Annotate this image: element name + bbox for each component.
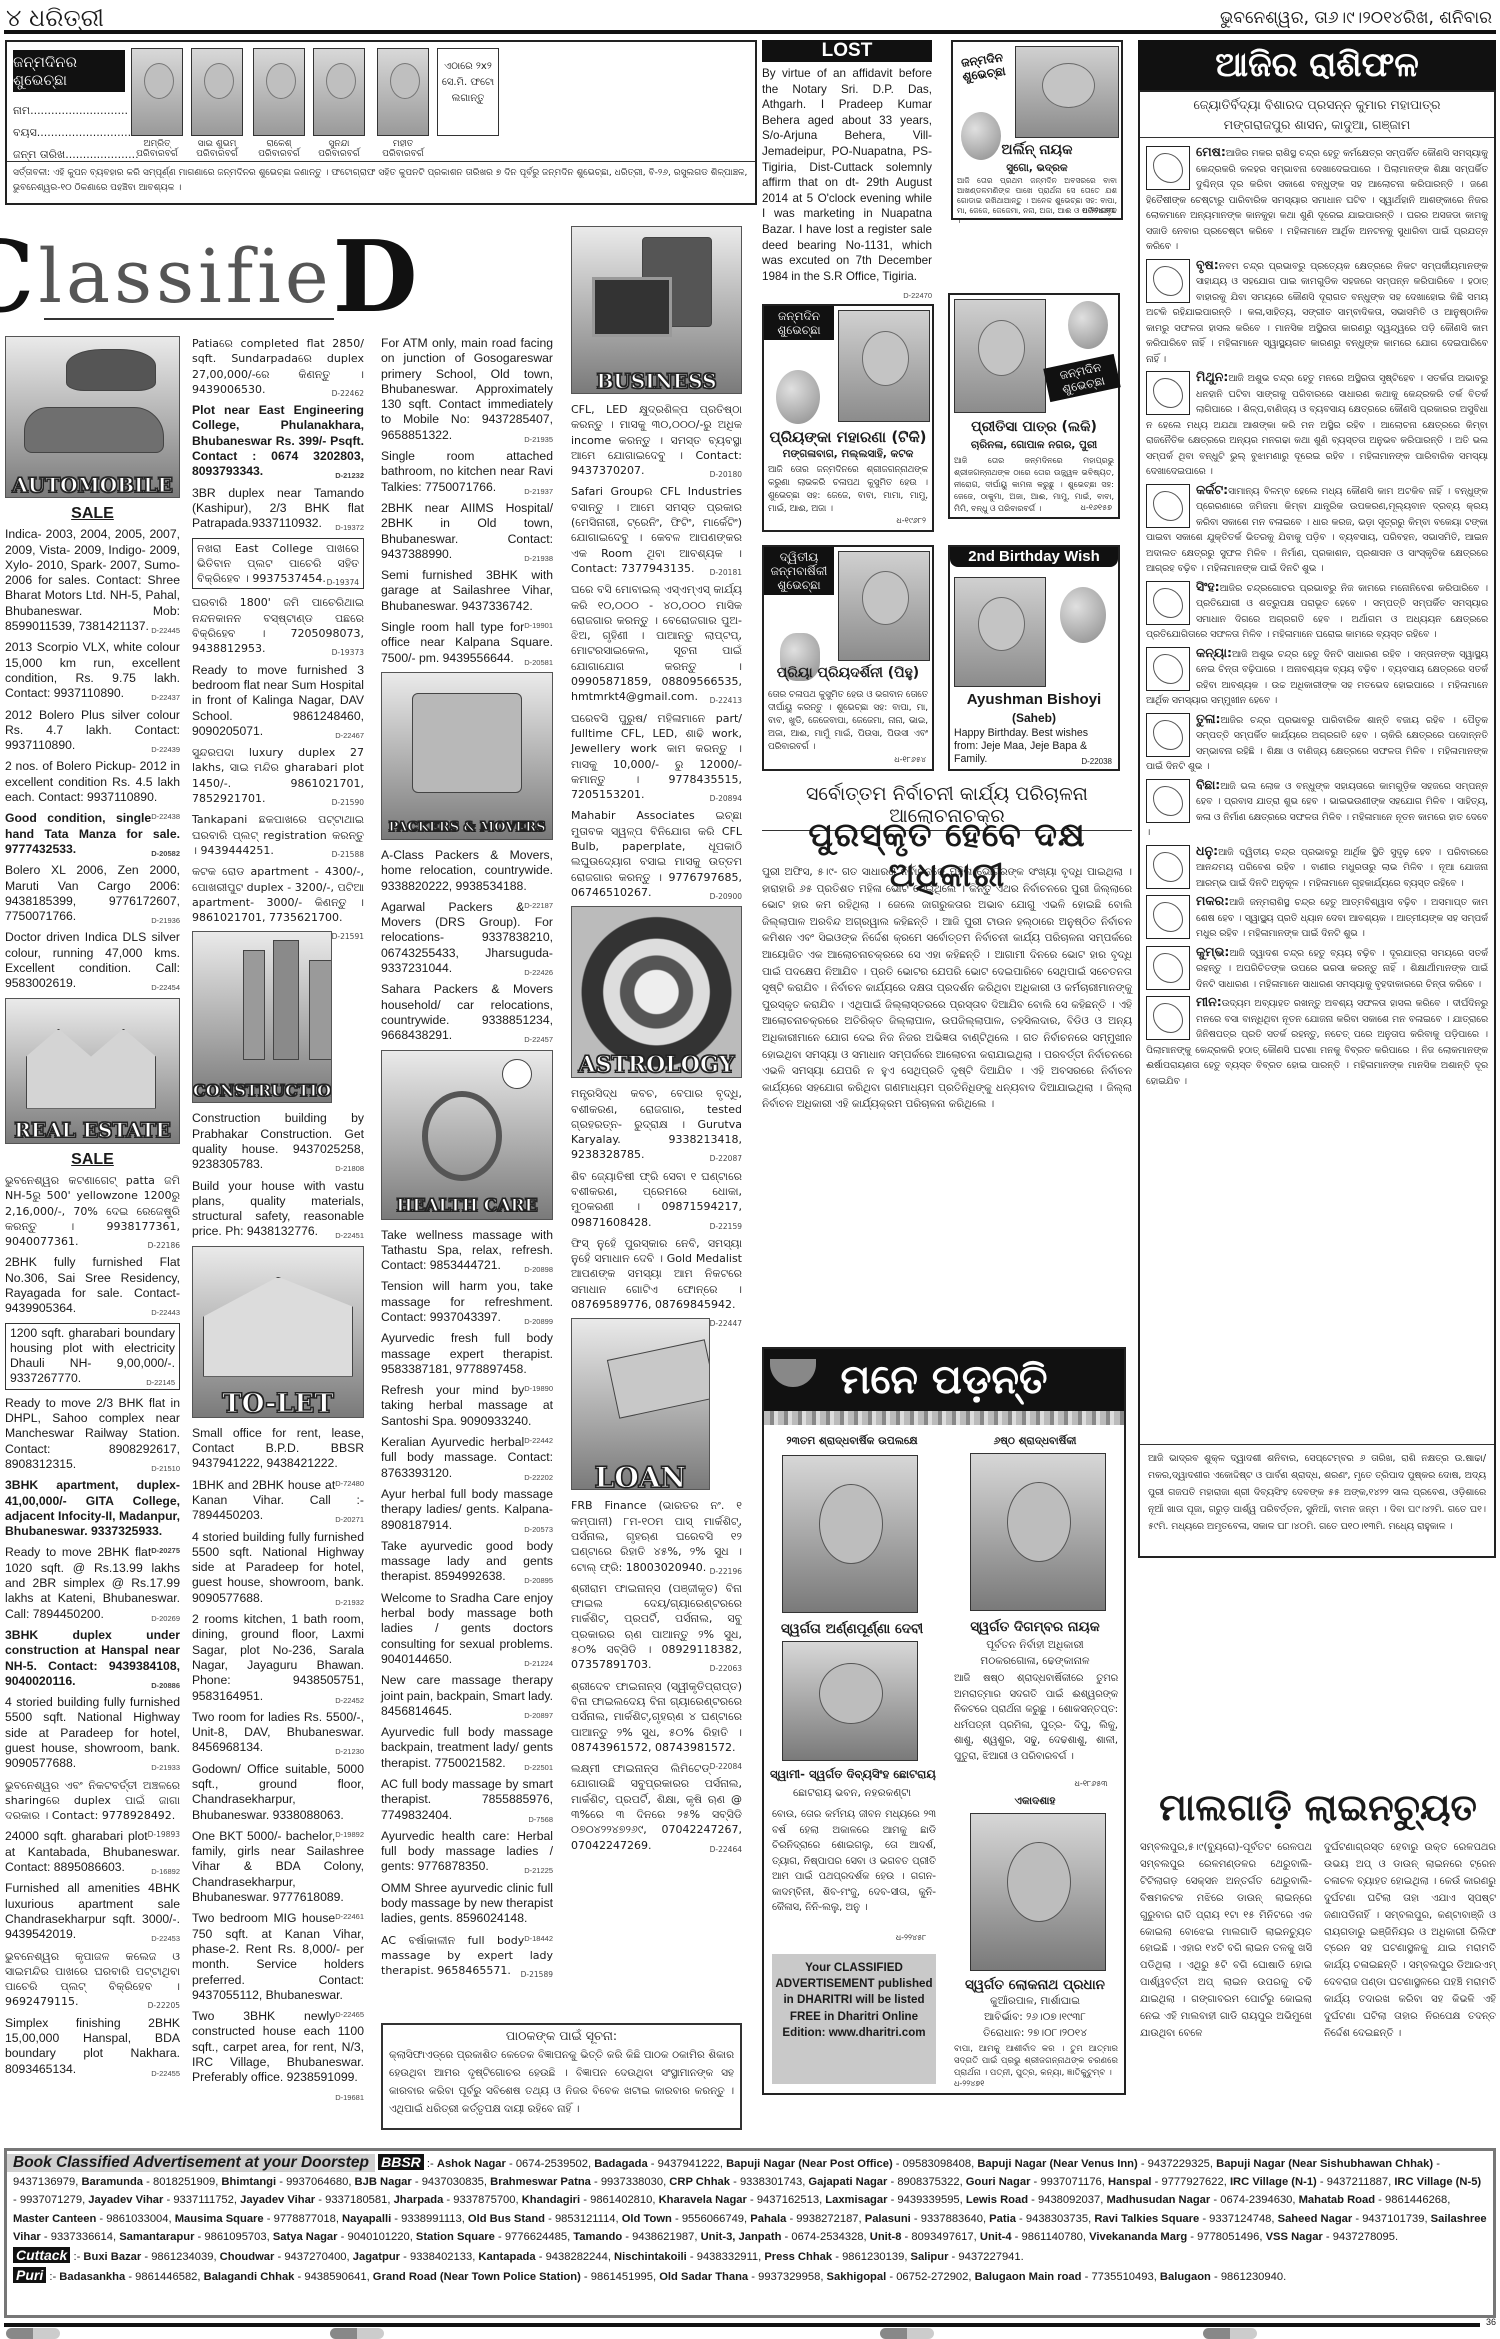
booking-phone: 9861230139 bbox=[842, 2251, 904, 2263]
kid-photo bbox=[131, 48, 183, 136]
lost-notice: By virtue of an affidavit before the Not… bbox=[762, 66, 932, 304]
memorial-name: ସ୍ୱର୍ଗତ ଲୋକନାଥ ପ୍ରଧାନ bbox=[950, 1977, 1120, 1993]
classified-ad: ଘରେ ବସି ମୋବାଇଲ୍ ଏସ୍ଏମ୍ଏସ୍ କାର୍ଯ୍ୟ କରି ୧୦… bbox=[571, 582, 742, 704]
classified-ad: Semi furnished 3BHK with garage at Saila… bbox=[381, 568, 553, 614]
ad-code: D-21933 bbox=[151, 1760, 180, 1775]
classified-ad: Patiaରେ completed flat 2850/ sqft. Sunda… bbox=[192, 336, 364, 397]
horoscope-sign: ସିଂହ:ଆଜିର ଚନ୍ଦ୍ରଗୋଚର ପ୍ରଭାବରୁ ନିଜ କାମରେ … bbox=[1146, 579, 1488, 643]
memorial-occasion: ୨୩ତମ ଶ୍ରାଦ୍ଧବାର୍ଷିକ ଉପଲକ୍ଷେ bbox=[768, 1435, 936, 1448]
ad-code: D-21510 bbox=[151, 1461, 180, 1476]
ad-code: D-22443 bbox=[151, 1305, 180, 1320]
booking-city: Puri bbox=[13, 2267, 46, 2283]
booking-location: Vivekananda Marg bbox=[1089, 2231, 1187, 2243]
kid-name: ଅମ୍ରିତ୍ bbox=[131, 139, 183, 149]
classified-ad: OMM Shree ayurvedic clinic full body mas… bbox=[381, 1881, 553, 1927]
ad-text: OMM Shree ayurvedic clinic full body mas… bbox=[381, 1881, 553, 1926]
news-body: ପୁରୀ ଅଫିସ, ୫।୯- ଗତ ସାଧାରଣ ନିର୍ବାଚନରେ ମହି… bbox=[762, 864, 1132, 1113]
building-icon bbox=[243, 950, 265, 1060]
classified-ad: ଶ୍ରୀରାମ ଫାଇନାନ୍ସ (ପଞ୍ଜୀକୃତ) ବିନା ଫାଇଲ ଦେ… bbox=[571, 1581, 742, 1673]
ad-code: D-21588 bbox=[332, 847, 364, 862]
booking-phone: 8093497617 bbox=[911, 2231, 973, 2243]
booking-location: Satya Nagar bbox=[273, 2231, 338, 2243]
memorial-name: ସ୍ୱର୍ଗତା ଅର୍ଣ୍ଣପୂର୍ଣ୍ଣା ଦେବୀ bbox=[768, 1621, 936, 1637]
booking-location: Unit-3, Janpath bbox=[701, 2231, 782, 2243]
booking-phone: 9437278095 bbox=[1333, 2231, 1395, 2243]
child-name: ପ୍ରୀତିସା ପାତ୍ର (ଲକି) bbox=[950, 419, 1118, 435]
booking-location: Gajapati Nagar bbox=[808, 2176, 887, 2188]
building-icon bbox=[309, 960, 332, 1060]
ad-text: ଘରେବସି ପୁରୁଷ/ ମହିଳାମାନେ part/ fulltime C… bbox=[571, 712, 742, 801]
ad-code: D-19373 bbox=[332, 645, 364, 660]
booking-phone: 9338402133 bbox=[410, 2251, 472, 2263]
booking-location: Ravi Talkies Square bbox=[1094, 2213, 1199, 2225]
column-3: For ATM only, main road facing on juncti… bbox=[381, 336, 553, 1985]
ad-code: D-21935 bbox=[524, 432, 553, 447]
classified-ad: Sahara Packers & Movers household/ car r… bbox=[381, 982, 553, 1043]
ad-code: D-22470 bbox=[903, 288, 932, 304]
ad-code: D-21937 bbox=[524, 484, 553, 499]
classified-ad: ଘରବାରି 1800' ଜମି ପାଚେରିଥାଇ ନନ୍ଦନକାନନ ବସ୍… bbox=[192, 595, 364, 656]
booking-location: Old Bus Stand bbox=[468, 2213, 545, 2225]
ad-code: ଧ-୨୨୪୫୮ bbox=[884, 1933, 938, 1943]
kid-card: ରାକେଶ୍ପରିବାରବର୍ଗ bbox=[253, 48, 305, 159]
ad-text: Ayurvedic fresh full body massage expert… bbox=[381, 1331, 553, 1376]
booking-phone: 0674-2394630 bbox=[1220, 2194, 1292, 2206]
booking-location: Unit-4 bbox=[980, 2231, 1012, 2243]
booking-phone: 9337111752 bbox=[173, 2194, 234, 2206]
kid-family: ପରିବାରବର୍ଗ bbox=[131, 149, 183, 159]
booking-location: Bapuji Nagar (Near Sishubhawan Chhak) bbox=[1216, 2158, 1433, 2170]
ad-code: D-20886 bbox=[151, 1678, 180, 1693]
ad-text: ଭୁବନେଶ୍ୱର କଟଣାଗେଟ୍ patta ଜମି NH-5ରୁ 500'… bbox=[5, 1174, 180, 1248]
ad-code: D-20897 bbox=[524, 1708, 553, 1723]
ad-code: D-21591 bbox=[332, 929, 364, 944]
ad-code: ଧ-୧୬୧୫୭ bbox=[1080, 503, 1112, 513]
truck-icon bbox=[412, 693, 522, 793]
birthday-ad: ଜନ୍ମଦିନ ଶୁଭେଚ୍ଛା ପ୍ରୀତିସା ପାତ୍ର (ଲକି) ଚା… bbox=[948, 293, 1120, 519]
booking-location: Badagada bbox=[594, 2158, 647, 2170]
sign-name: ସିଂହ: bbox=[1196, 579, 1220, 594]
death-date: ତିରୋଧାନ: ୨୭।୦୮।୨୦୧୪ bbox=[950, 2027, 1120, 2040]
memorial-photo bbox=[970, 1813, 1106, 1971]
classified-ad: 2BHK fully furnished Flat No.306, Sai Sr… bbox=[5, 1255, 180, 1316]
booking-location: Salipur bbox=[911, 2251, 949, 2263]
horoscope-box: ଜ୍ୟୋତିର୍ବିଦ୍ୟା ବିଶାରଦ ପ୍ରସନ୍ନ କୁମାର ମହାପ… bbox=[1138, 90, 1496, 1558]
sign-name: ମୀନ: bbox=[1196, 994, 1222, 1009]
memorial-section: ମନେ ପଡ଼ନ୍ତି ୨୩ତମ ଶ୍ରାଦ୍ଧବାର୍ଷିକ ଉପଲକ୍ଷେ … bbox=[762, 1347, 1126, 2095]
ad-code: D-22186 bbox=[148, 1238, 180, 1253]
memorial-photo bbox=[782, 1455, 918, 1613]
ad-text: Safari Groupର CFL Industries ବସାନ୍ତୁ । ଆ… bbox=[571, 485, 742, 574]
booking-location: Balagandi Chhak bbox=[204, 2271, 295, 2283]
archer-icon bbox=[1146, 845, 1190, 889]
sign-name: କର୍କଟ: bbox=[1196, 482, 1228, 497]
memorial-text: ଆଜି ଷଷ୍ଠ ଶ୍ରାଦ୍ଧବାର୍ଷିକୀରେ ତୁମର ଅମରାତ୍ମା… bbox=[954, 1671, 1118, 1764]
sign-name: ମିଥୁନ: bbox=[1196, 369, 1228, 384]
ad-code: D-22451 bbox=[335, 1228, 364, 1243]
classified-ad: Ready to move 2/3 BHK flat in DHPL, Saho… bbox=[5, 1396, 180, 1472]
memorial-photo bbox=[782, 1641, 918, 1761]
classified-ad: 4 storied building fully furnished 5500 … bbox=[5, 1695, 180, 1771]
ad-code: D-19681 bbox=[335, 2090, 364, 2105]
ad-code: D-22465 bbox=[335, 2007, 364, 2022]
classified-ad: 4 storied building fully furnished 5500 … bbox=[192, 1530, 364, 1606]
booking-footer: Book Classified Advertisement at your Do… bbox=[4, 2148, 1496, 2318]
laptop-icon bbox=[592, 277, 672, 337]
building-icon bbox=[273, 940, 299, 1060]
classified-ad: Plot near East Engineering College, Phul… bbox=[192, 403, 364, 479]
ad-text: କଟକ ରୋଡ apartment - 4300/-, ପୋଖରୀପୁଟ dup… bbox=[192, 865, 364, 924]
child-address: ଚାରିନଳା, ଗୋପାଳ ନଗର, ପୁରୀ bbox=[950, 439, 1118, 452]
booking-location: CRP Chhak bbox=[669, 2176, 730, 2188]
ad-text: ଶ୍ରୀରାମ ଫାଇନାନ୍ସ (ପଞ୍ଜୀକୃତ) ବିନା ଫାଇଲ ଦେ… bbox=[571, 1582, 742, 1671]
booking-phone: 9437227941 bbox=[958, 2251, 1020, 2263]
page-tab bbox=[880, 2328, 934, 2339]
booking-location: Patia bbox=[989, 2213, 1016, 2225]
ad-code: D-22454 bbox=[151, 980, 180, 995]
booking-location: Buxi Bazar bbox=[83, 2251, 141, 2263]
booking-phone: 9437229325 bbox=[1148, 2158, 1210, 2170]
house-icon bbox=[26, 1029, 156, 1109]
banknotes-icon bbox=[607, 1340, 710, 1419]
horoscope-sign: କୁମ୍ଭ:ଆଜି ଦ୍ୱାଦଶ ଚନ୍ଦ୍ର ହେତୁ ବ୍ୟୟ ବଢ଼ିବ … bbox=[1146, 944, 1488, 993]
ad-code: D-22464 bbox=[710, 1842, 742, 1857]
booking-phone: 9861402810 bbox=[590, 2194, 652, 2206]
kid-name: ମହୀତ bbox=[377, 139, 429, 149]
ad-text: A-Class Packers & Movers, home relocatio… bbox=[381, 848, 553, 893]
booking-phone: 9438282244 bbox=[546, 2251, 608, 2263]
ad-text: Ready to move furnished 3 bedroom flat n… bbox=[192, 663, 364, 738]
memorial-designation: ପୂର୍ବତନ ନିର୍ବାହୀ ଅଧିକାରୀ bbox=[950, 1639, 1120, 1652]
classified-ad: Ayur herbal full body massage therapy la… bbox=[381, 1487, 553, 1533]
booking-phone: 9338991113 bbox=[401, 2213, 462, 2225]
classified-ad: 1200 sqft. gharabari boundary housing pl… bbox=[5, 1323, 180, 1390]
booking-location: Kharavela Nagar bbox=[659, 2194, 747, 2206]
ad-text: ଶ୍ରୀଦେବ ଫାଇନାନ୍ସ (ସ୍ୱୀକୃତିପ୍ରାପ୍ତ) ବିନା … bbox=[571, 1680, 742, 1754]
sign-name: ବିଛା: bbox=[1196, 777, 1220, 792]
ad-code: D-22145 bbox=[146, 1375, 175, 1390]
sale-heading-2: SALE bbox=[5, 1152, 180, 1167]
birthday-tag: ଜନ୍ମଦିନ ଶୁଭେଚ୍ଛା bbox=[1043, 354, 1120, 402]
page-number: 36 bbox=[1486, 2317, 1496, 2327]
ad-code: D-21936 bbox=[151, 913, 180, 928]
ad-text: Two bedroom MIG house 750 sqft. at Kanan… bbox=[192, 1911, 364, 2001]
ad-text: ଘରେ ବସି ମୋବାଇଲ୍ ଏସ୍ଏମ୍ଏସ୍ କାର୍ଯ୍ୟ କରି ୧୦… bbox=[571, 583, 742, 703]
booking-location: Old Town bbox=[622, 2213, 672, 2225]
coupon-name-field: ନାମ............................ bbox=[13, 104, 128, 118]
birth-date: ଆବିର୍ଭାବ: ୨୬।୦୭।୧୯୩୮ bbox=[950, 2011, 1120, 2024]
classified-ad: ଫିସ୍ ନୁହେଁ ପୁରସ୍କାର ନେବି, ସମସ୍ୟା ନୁହେଁ ସ… bbox=[571, 1236, 742, 1312]
booking-city: BBSR bbox=[378, 2154, 424, 2170]
health-care-banner: HEALTH CARE bbox=[381, 1050, 553, 1220]
ad-code: D-20582 bbox=[151, 846, 180, 861]
kid-name: ରାକେଶ୍ bbox=[253, 139, 305, 149]
twins-icon bbox=[1146, 371, 1190, 415]
page-tab bbox=[6, 2328, 60, 2339]
ad-text: ଲକ୍ଷ୍ମୀ ଫାଇନାନ୍ସ ଲିମିଟେଡ୍ ଯୋଗାଉଛି ସବୁପ୍ର… bbox=[571, 1762, 742, 1851]
classified-ad: ସୁନ୍ଦରପଦା luxury duplex 27 lakhs, ସାଇ ମନ… bbox=[192, 745, 364, 806]
booking-location: Kantapada bbox=[478, 2251, 535, 2263]
ad-code: D-22455 bbox=[151, 2066, 180, 2081]
child-name: ଅର୍ଲିନ୍ ନାୟକ bbox=[953, 142, 1121, 158]
kid-photo bbox=[377, 48, 429, 136]
birthday-tag: 2nd Birthday Wish bbox=[950, 547, 1118, 567]
ad-code: D-20275 bbox=[151, 1543, 180, 1558]
ad-code: D-18442 bbox=[524, 1931, 553, 1946]
booking-phone: 9437211887 bbox=[1327, 2176, 1388, 2188]
ad-code: D-22205 bbox=[148, 1998, 180, 2013]
ad-code: D-22457 bbox=[524, 1032, 553, 1047]
motorbike-icon bbox=[66, 349, 156, 391]
logo-underline bbox=[44, 318, 334, 320]
classified-ad: New care massage therapy joint pain, bac… bbox=[381, 1673, 553, 1719]
booking-phone: 9437941222 bbox=[658, 2158, 720, 2170]
ad-code: D-21932 bbox=[335, 1595, 364, 1610]
classified-ad: ଲକ୍ଷ୍ମୀ ଫାଇନାନ୍ସ ଲିମିଟେଡ୍ ଯୋଗାଉଛି ସବୁପ୍ର… bbox=[571, 1761, 742, 1853]
birthday-ad: ଜନ୍ମଦିନ ଶୁଭେଚ୍ଛା ଅର୍ଲିନ୍ ନାୟକ ସୁଗୋ, ଭଦ୍ର… bbox=[951, 40, 1123, 220]
ad-text: 3BHK apartment, duplex- 41,00,000/- GITA… bbox=[5, 1478, 180, 1538]
classified-ad: Ready to move furnished 3 bedroom flat n… bbox=[192, 663, 364, 739]
sale-heading: SALE bbox=[5, 506, 180, 521]
classified-ad: ଶିବ ଜ୍ୟୋତିଷୀ ଫ୍ରି ସେବା ୧ ଘଣ୍ଟାରେ ବଶୀକରଣ,… bbox=[571, 1169, 742, 1230]
booking-phone: 9556066749 bbox=[682, 2213, 744, 2225]
booking-phone: 9776624485 bbox=[505, 2231, 567, 2243]
pitcher-icon bbox=[1146, 946, 1190, 990]
booking-phone: 9861140780 bbox=[1022, 2231, 1083, 2243]
booking-phone: 9861033004 bbox=[106, 2213, 168, 2225]
ram-icon bbox=[1146, 146, 1190, 190]
page-tab bbox=[1203, 2328, 1257, 2339]
scorpion-icon bbox=[1146, 779, 1190, 823]
booking-location: Mausima Square bbox=[175, 2213, 264, 2225]
ad-text: Small office for rent, lease, Contact B.… bbox=[192, 1426, 364, 1471]
ad-code: D-20898 bbox=[524, 1262, 553, 1277]
kid-family: ପରିବାରବର୍ଗ bbox=[191, 149, 243, 159]
classified-ad: Take ayurvedic good body massage lady an… bbox=[381, 1539, 553, 1585]
classified-ad: 2BHK near AIIMS Hospital/ 2BHK in Old to… bbox=[381, 501, 553, 562]
horoscope-sign: କନ୍ୟା:ଆଜି ଅଶୁଭ ଚନ୍ଦ୍ର ହେତୁ ଦିନଟି ସାଧାରଣ … bbox=[1146, 645, 1488, 709]
classified-ad: Tankapani ଛକପାଖରେ ପଟ୍ଟାଥାଇ ଘରବାରି ପ୍ଲଟ୍ … bbox=[192, 812, 364, 858]
booking-location: Gouri Nagar bbox=[966, 2176, 1031, 2188]
classified-ad: Welcome to Sradha Care enjoy herbal body… bbox=[381, 1591, 553, 1667]
ad-text: ଫିସ୍ ନୁହେଁ ପୁରସ୍କାର ନେବି, ସମସ୍ୟା ନୁହେଁ ସ… bbox=[571, 1237, 742, 1311]
birthday-ad: 2nd Birthday Wish Ayushman Bishoyi (Sahe… bbox=[948, 545, 1120, 771]
booking-phone: 9937064680 bbox=[286, 2176, 348, 2188]
birthday-ad: ଜନ୍ମଦିନ ଶୁଭେଚ୍ଛା ପ୍ରିୟଙ୍କା ମହାରଣା (ଟିକି)… bbox=[762, 304, 934, 532]
classified-ad: Ayurvedic health care: Herbal full body … bbox=[381, 1829, 553, 1875]
kid-photo bbox=[313, 48, 365, 136]
ad-code: D-22453 bbox=[151, 1931, 180, 1946]
booking-location: Bapuji Nagar (Near Venus Inn) bbox=[977, 2158, 1137, 2170]
sign-prediction: ଉଦ୍ୟମ ଅବ୍ୟାହତ ରଖନ୍ତୁ ଅବଶ୍ୟ ସଫଳତା ହାସଲ କର… bbox=[1146, 998, 1488, 1087]
page-label: ୪ ଧରିତ୍ରୀ bbox=[6, 4, 104, 32]
booking-location: Choudwar bbox=[220, 2251, 275, 2263]
loan-label: LOAN bbox=[572, 1470, 709, 1485]
booking-phone: 0674-2534328 bbox=[791, 2231, 863, 2243]
coupon-title: ଜନ୍ମଦିନର ଶୁଭେଚ୍ଛା bbox=[13, 50, 125, 92]
booking-phone: 9437101739 bbox=[1362, 2213, 1424, 2225]
booking-location: Hanspal bbox=[1108, 2176, 1152, 2188]
booking-location: Madhusudan Nagar bbox=[1106, 2194, 1210, 2206]
child-photo bbox=[954, 299, 1046, 413]
classified-ad: ନଖରା East College ପାଖରେ ଭିତିବାନ ପ୍ଲଟ ପାଚ… bbox=[192, 538, 364, 590]
booking-phone: 09583098408 bbox=[903, 2158, 971, 2170]
birthday-message: ତୋର ଚଳାପଥ କୁସୁମିତ ହେଉ ଓ ଭଗବାନ ତୋତେ ଦୀର୍ଘ… bbox=[768, 689, 928, 754]
ad-code: D-72480 bbox=[335, 1476, 364, 1491]
kid-card: ସାଇ ଶୁଭମ୍ପରିବାରବର୍ଗ bbox=[191, 48, 243, 159]
coupon-dob-field: ଜନ୍ମ ତାରିଖ..................... bbox=[13, 148, 139, 162]
classified-ad: Build your house with vastu plans, quali… bbox=[192, 1179, 364, 1240]
ad-code: D-22439 bbox=[151, 742, 180, 757]
ad-code: D-22442 bbox=[524, 1433, 553, 1448]
booking-phone: 9777927622 bbox=[1161, 2176, 1223, 2188]
horoscope-sign: ବିଛା:ଆଜି ଭଲ ଲୋକ ଓ ବନ୍ଧୁଙ୍କ ସହାୟତାରେ କାମଗ… bbox=[1146, 777, 1488, 841]
booking-location: VSS Nagar bbox=[1266, 2231, 1323, 2243]
business-banner: BUSINESS bbox=[571, 226, 742, 394]
child-photo bbox=[954, 577, 1046, 687]
flower-border bbox=[764, 1411, 1124, 1425]
booking-phone: 9778877018 bbox=[274, 2213, 336, 2225]
crab-icon bbox=[1146, 484, 1190, 528]
classified-ad: CFL, LED କ୍ଷୁଦ୍ରଶିଳ୍ପ ପ୍ରତିଷ୍ଠା କରନ୍ତୁ ।… bbox=[571, 402, 742, 478]
ad-code: D-22467 bbox=[335, 728, 364, 743]
classified-ad: Ayurvedic full body massage backpain, tr… bbox=[381, 1725, 553, 1771]
reader-notice-body: କ୍ଲାସିଫାଏଡ୍‌ରେ ପ୍ରକାଶିତ କେତେକ ବିଜ୍ଞାପନକୁ… bbox=[389, 2046, 734, 2118]
fish-icon bbox=[1146, 996, 1190, 1040]
memorial-occasion: ୬ଷ୍ଠ ଶ୍ରାଦ୍ଧବାର୍ଷିକୀ bbox=[950, 1435, 1120, 1448]
child-name: Ayushman Bishoyi bbox=[950, 691, 1118, 708]
reader-notice-title: ପାଠକଙ୍କ ପାଇଁ ସୂଚନା: bbox=[389, 2028, 734, 2044]
booking-location: Nischintakoili bbox=[614, 2251, 687, 2263]
horoscope-sign: ମକର:ଆଜି ଜନ୍ମରାଶିସ୍ଥ ଚନ୍ଦ୍ର ହେତୁ ଆତ୍ମବିଶ୍… bbox=[1146, 893, 1488, 942]
booking-phone: 9937071279 bbox=[20, 2194, 82, 2206]
ad-code: D-22202 bbox=[524, 1470, 553, 1485]
child-name: ପ୍ରିୟଙ୍କା ମହାରଣା (ଟିକି) bbox=[764, 428, 932, 446]
classified-ad: 2 rooms kitchen, 1 bath room, dining, gr… bbox=[192, 1612, 364, 1704]
ad-code: D-19372 bbox=[335, 520, 364, 535]
ad-text: Semi furnished 3BHK with garage at Saila… bbox=[381, 568, 553, 613]
sign-name: କୁମ୍ଭ: bbox=[1196, 944, 1229, 959]
ad-code: D-21808 bbox=[335, 1161, 364, 1176]
booking-phone: 9437270400 bbox=[284, 2251, 346, 2263]
ad-code: D-21938 bbox=[524, 551, 553, 566]
ad-code: D-22063 bbox=[710, 1661, 742, 1676]
memorial-photo bbox=[970, 1453, 1106, 1611]
astrology-label: ASTROLOGY bbox=[572, 1058, 741, 1073]
classified-ad: Two room for ladies Rs. 5500/-, Unit-8, … bbox=[192, 1710, 364, 1756]
ad-code: ଧ-୨୨୪୬୩ bbox=[1082, 206, 1115, 216]
free-online-listing-box: Your CLASSIFIED ADVERTISEMENT published … bbox=[772, 1954, 936, 2084]
ad-code: D-22084 bbox=[710, 1759, 742, 1774]
ad-code: D-19901 bbox=[524, 618, 553, 633]
ad-code: ଧ-୧୯୬୮୨ bbox=[896, 516, 926, 526]
booking-phone: 9437030835 bbox=[422, 2176, 484, 2188]
ad-text: 4 storied building fully furnished 5500 … bbox=[5, 1695, 180, 1770]
classified-ad: 2012 Bolero Plus silver colour Rs. 4.7 l… bbox=[5, 708, 180, 754]
booking-phone: 9861095703 bbox=[204, 2231, 266, 2243]
booking-phone: 9438621987 bbox=[632, 2231, 694, 2243]
booking-phone: 9938272187 bbox=[796, 2213, 858, 2225]
classified-ad: 3BHK apartment, duplex- 41,00,000/- GITA… bbox=[5, 1478, 180, 1539]
ad-code: D-7568 bbox=[528, 1812, 553, 1827]
child-photo bbox=[838, 551, 930, 661]
ad-text: Mahabir Associates ଇଚ୍ଛା ମୁତାବକ ସ୍ୱଳ୍ପ ବ… bbox=[571, 809, 742, 898]
ad-code: D-19890 bbox=[524, 1381, 553, 1396]
memorial-text: ବୋଉ, ତୋର କର୍ମମୟ ଜୀବନ ମଧ୍ୟରେ ୨୩ ବର୍ଷ ହେଲା… bbox=[772, 1807, 936, 1916]
horoscope-sign: ମିଥୁନ:ଆଜି ଅଶୁଭ ଚନ୍ଦ୍ର ହେତୁ ମନରେ ଅସ୍ଥିରତା… bbox=[1146, 369, 1488, 480]
booking-location: Jayadev Vihar bbox=[240, 2194, 315, 2206]
booking-location: Old Sadar Thana bbox=[659, 2271, 748, 2283]
classified-ad: Construction building by Prabhakar Const… bbox=[192, 1111, 364, 1172]
column-1: AUTOMOBILE SALE Indica- 2003, 2004, 2005… bbox=[5, 336, 180, 2083]
booking-location: Badasankha bbox=[59, 2271, 125, 2283]
sign-prediction: ଆଜି ଜନ୍ମରାଶିସ୍ଥ ଚନ୍ଦ୍ର ହେତୁ ଆତ୍ମବିଶ୍ୱାସ … bbox=[1196, 897, 1488, 939]
kid-family: ପରିବାରବର୍ଗ bbox=[313, 149, 365, 159]
paste-photo-box: ଏଠାରେ ୨x୨ ସେ.ମି. ଫଟୋ ଲଗାନ୍ତୁ bbox=[437, 48, 499, 136]
booking-location: Saheed Nagar bbox=[1278, 2213, 1353, 2225]
classified-ad: 2013 Scorpio VLX, white colour 15,000 km… bbox=[5, 640, 180, 701]
kid-photo bbox=[253, 48, 305, 136]
booking-phone: 9040101220 bbox=[347, 2231, 409, 2243]
column-4: BUSINESS CFL, LED କ୍ଷୁଦ୍ରଶିଳ୍ପ ପ୍ରତିଷ୍ଠା… bbox=[571, 226, 742, 1859]
classified-ad: Mahabir Associates ଇଚ୍ଛା ମୁତାବକ ସ୍ୱଳ୍ପ ବ… bbox=[571, 808, 742, 900]
ad-text: Welcome to Sradha Care enjoy herbal body… bbox=[381, 1591, 553, 1666]
classified-ad: Take wellness massage with Tathastu Spa,… bbox=[381, 1228, 553, 1274]
child-name: ପ୍ରିୟା ପ୍ରିୟଦର୍ଶିନୀ (ପିହୁ) bbox=[764, 665, 932, 681]
ad-code: D-22452 bbox=[335, 1693, 364, 1708]
horoscope-sign: କର୍କଟ:ସାମାନ୍ୟ ବିଳମ୍ବ ହେଲେ ମଧ୍ୟ କୌଣସି କାମ… bbox=[1146, 482, 1488, 577]
rail-story-col-b: ଦୁର୍ଘଟଣାଗ୍ରସ୍ତ ହେବାରୁ ଉକ୍ତ ରେଳପଥର ଉଭୟ ଅପ… bbox=[1324, 1840, 1496, 2043]
booking-phone: 9438303735 bbox=[1026, 2213, 1088, 2225]
sign-name: ଧନୁ: bbox=[1196, 843, 1218, 858]
ad-code: D-20180 bbox=[710, 467, 742, 482]
column-2: Patiaରେ completed flat 2850/ sqft. Sunda… bbox=[192, 336, 364, 2105]
sign-name: ତୁଳା: bbox=[1196, 711, 1221, 726]
goat-icon bbox=[1146, 895, 1190, 939]
booking-location: Ashok Nagar bbox=[437, 2158, 506, 2170]
booking-phone: 9853121114 bbox=[555, 2213, 616, 2225]
ad-code: D-16892 bbox=[151, 1864, 180, 1879]
memorial-name: ସ୍ୱର୍ଗତ ଦିଗମ୍ବର ନାୟକ bbox=[950, 1619, 1120, 1635]
rail-story-col-a: ସମ୍ବଲପୁର,୫।୯(ବ୍ୟୁରୋ)-ପୂର୍ବତଟ ରେଳପଥ ସମ୍ବଲ… bbox=[1140, 1840, 1312, 2043]
child-photo bbox=[1015, 46, 1119, 138]
booking-location: BJB Nagar bbox=[355, 2176, 412, 2188]
booking-location: Bapuji Nagar (Near Post Office) bbox=[726, 2158, 893, 2170]
memorial-occasion: ଏକାଦଶାହ bbox=[950, 1795, 1120, 1808]
booking-phone: 9337124748 bbox=[1209, 2213, 1271, 2225]
ad-code: D-22087 bbox=[710, 1151, 742, 1166]
memorial-header: ମନେ ପଡ଼ନ୍ତି bbox=[764, 1349, 1124, 1425]
packers-movers-banner: PACKERS & MOVERS bbox=[381, 672, 553, 840]
automobile-banner: AUTOMOBILE bbox=[5, 336, 180, 498]
car-icon bbox=[24, 407, 164, 453]
booking-location: Unit-8 bbox=[870, 2231, 902, 2243]
classified-ad: Godown/ Office suitable, 5000 sqft., gro… bbox=[192, 1762, 364, 1823]
kid-family: ପରିବାରବର୍ଗ bbox=[377, 149, 429, 159]
panjika-almanac: ଆଜି ଭାଦ୍ରବ ଶୁକ୍ଳ ଦ୍ୱାଦଶୀ ଶନିବାର, ସେପ୍ଟେମ… bbox=[1140, 1444, 1494, 1556]
automobile-label: AUTOMOBILE bbox=[6, 478, 179, 493]
horoscope-signs: ମେଷ:ଆଜିର ମକର ରାଶିସ୍ଥ ଚନ୍ଦ୍ର ହେତୁ କର୍ମକ୍ଷ… bbox=[1146, 144, 1488, 1444]
horoscope-title: ଆଜିର ରାଶିଫଳ bbox=[1138, 40, 1496, 90]
ad-code: D-21589 bbox=[521, 1967, 553, 1982]
booking-phone: 9778051496 bbox=[1197, 2231, 1259, 2243]
ad-text: 4 storied building fully furnished 5500 … bbox=[192, 1530, 364, 1605]
booking-phone: 7735510493 bbox=[1091, 2271, 1153, 2283]
booking-location: Palasuni bbox=[865, 2213, 911, 2225]
ad-code: D-20581 bbox=[524, 655, 553, 670]
astrologer-byline: ଜ୍ୟୋତିର୍ବିଦ୍ୟା ବିଶାରଦ ପ୍ରସନ୍ନ କୁମାର ମହାପ… bbox=[1140, 92, 1494, 138]
sign-name: କନ୍ୟା: bbox=[1196, 645, 1232, 660]
